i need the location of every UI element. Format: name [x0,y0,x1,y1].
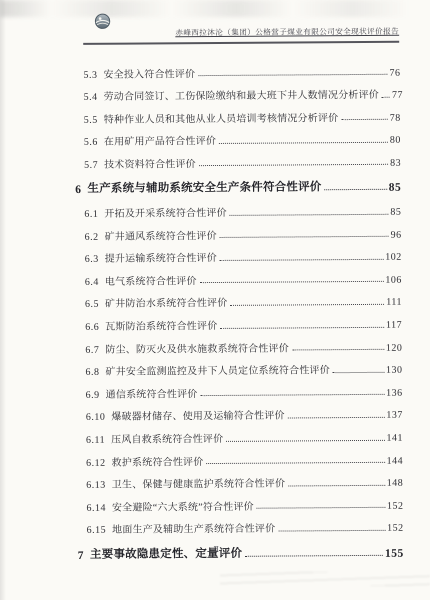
toc-entry-number: 6.6 [85,322,99,333]
toc-entry-5-3: 5.3 安全投入符合性评价 76 [83,56,400,81]
toc-leader-dots [219,142,388,144]
toc-entry-6: 6 生产系统与辅助系统安全生产条件符合性评价 85 [75,170,401,197]
toc-entry-title: 技术资料符合性评价 [104,155,196,171]
toc-entry-title: 生产系统与辅助系统安全生产条件符合性评价 [87,179,321,197]
toc-entry-number: 6.5 [85,299,99,310]
toc-leader-dots [198,74,387,76]
toc-entry-5-4: 5.4 劳动合同签订、工伤保险缴纳和最大班下井人数情况分析评价 77 [83,78,400,103]
toc-entry-number: 6.8 [85,367,99,378]
toc-entry-title: 安全投入符合性评价 [103,65,195,81]
toc-leader-dots [333,372,384,373]
toc-entry-title: 电气系统符合性评价 [105,272,197,288]
toc-entry-number: 5.5 [84,115,98,126]
toc-entry-title: 地面生产及辅助生产系统符合性评价 [112,520,275,536]
toc-entry-page: 80 [390,135,401,146]
toc-entry-number: 6.12 [86,457,106,468]
toc-entry-title: 矿井安全监测监控及井下人员定位系统符合性评价 [105,361,330,378]
toc-entry-number: 5.7 [84,160,98,171]
toc-entry-title: 压风自救系统符合性评价 [111,430,223,446]
toc-leader-dots [230,213,389,215]
toc-leader-dots [200,394,384,396]
toc-entry-6-13: 6.13 卫生、保健与健康监护系统符合性评价 148 [86,466,403,491]
toc-entry-page: 136 [386,388,403,399]
toc-leader-dots [257,507,385,509]
toc-entry-page: 85 [390,207,401,218]
toc-entry-6-7: 6.7 防尘、防灭火及供水施救系统符合性评价 120 [85,331,402,356]
toc-entry-number: 6.3 [85,254,99,265]
toc-entry-page: 141 [386,433,403,444]
toc-entry-number: 6.7 [85,344,99,355]
toc-entry-title: 劳动合同签订、工伤保险缴纳和最大班下井人数情况分析评价 [104,86,380,103]
toc-entry-page: 148 [387,478,404,489]
toc-entry-title: 矿井通风系统符合性评价 [104,227,216,243]
toc-entry-6-11: 6.11 压风自救系统符合性评价 141 [86,421,403,446]
toc-entry-title: 提升运输系统符合性评价 [105,249,217,265]
toc-entry-number: 6.1 [84,209,98,220]
page-header: 赤峰西拉沐沦（集团）公格营子煤业有限公司安全现状评价报告 [83,21,399,45]
toc-entry-6-2: 6.2 矿井通风系统符合性评价 96 [84,218,401,243]
toc-entry-title: 在用矿用产品符合性评价 [104,132,216,148]
toc-entry-title: 防尘、防灭火及供水施救系统符合性评价 [105,339,289,355]
toc-entry-page: 152 [387,500,404,511]
toc-leader-dots [199,164,388,166]
toc-entry-5-6: 5.6 在用矿用产品符合性评价 80 [84,123,401,148]
header-title: 赤峰西拉沐沦（集团）公格营子煤业有限公司安全现状评价报告 [175,27,399,38]
toc-entry-6-4: 6.4 电气系统符合性评价 106 [85,263,402,288]
toc-leader-dots [278,530,385,532]
toc-entry-6-1: 6.1 开拓及开采系统符合性评价 85 [84,195,401,220]
toc-entry-title: 瓦斯防治系统符合性评价 [105,317,217,333]
toc-leader-dots [230,304,384,306]
toc-entry-5-5: 5.5 特种作业人员和其他从业人员培训考核情况分析评价 78 [84,101,401,126]
toc-entry-title: 矿井防治水系统符合性评价 [105,294,228,310]
toc-entry-6-10: 6.10 爆破器材储存、使用及运输符合性评价 137 [86,399,403,424]
toc-entry-number: 5.4 [84,92,98,103]
page-content: 赤峰西拉沐沦（集团）公格营子煤业有限公司安全现状评价报告 5.3 安全投入符合性… [0,0,430,600]
toc-entry-title: 特种作业人员和其他从业人员培训考核情况分析评价 [104,109,339,126]
table-of-contents: 5.3 安全投入符合性评价 76 5.4 劳动合同签订、工伤保险缴纳和最大班下井… [83,56,404,563]
toc-entry-number: 6.11 [86,435,105,446]
toc-entry-6-3: 6.3 提升运输系统符合性评价 102 [85,240,402,265]
toc-entry-5-7: 5.7 技术资料符合性评价 83 [84,146,401,171]
toc-leader-dots [200,281,384,283]
toc-entry-number: 5.3 [83,69,97,80]
toc-entry-number: 6.10 [86,412,106,423]
toc-entry-number: 6.14 [86,503,106,514]
toc-entry-number: 6.13 [86,480,106,491]
toc-leader-dots [245,555,383,557]
toc-leader-dots [382,96,390,97]
toc-leader-dots [220,326,384,328]
toc-entry-page: 152 [387,523,404,534]
toc-leader-dots [292,349,384,351]
toc-entry-page: 76 [389,67,400,78]
folio-number: Ⅱ [213,545,220,554]
toc-entry-number: 6.9 [86,390,100,401]
toc-entry-number: 6.2 [85,231,99,242]
toc-leader-dots [324,189,386,190]
toc-entry-page: 102 [385,252,402,263]
toc-entry-title: 通信系统符合性评价 [106,385,198,401]
toc-entry-page: 85 [389,182,402,194]
toc-entry-page: 117 [386,320,402,331]
toc-entry-page: 77 [392,90,403,101]
toc-entry-page: 78 [390,112,401,123]
toc-entry-page: 83 [390,158,401,169]
toc-entry-page: 96 [391,229,402,240]
toc-entry-number: 5.6 [84,137,98,148]
toc-entry-page: 137 [386,410,403,421]
toc-leader-dots [220,259,383,261]
toc-leader-dots [288,417,385,419]
toc-entry-page: 111 [386,297,402,308]
toc-entry-title: 开拓及开采系统符合性评价 [104,204,227,220]
toc-entry-6-8: 6.8 矿井安全监测监控及井下人员定位系统符合性评价 130 [85,353,402,378]
toc-leader-dots [206,462,384,464]
toc-entry-6-6: 6.6 瓦斯防治系统符合性评价 117 [85,308,402,333]
toc-entry-page: 106 [385,275,402,286]
toc-entry-6-5: 6.5 矿井防治水系统符合性评价 111 [85,286,402,311]
toc-leader-dots [220,236,389,238]
toc-leader-dots [341,119,387,120]
toc-entry-6-14: 6.14 安全避险“六大系统”符合性评价 152 [86,489,403,514]
toc-entry-6-12: 6.12 救护系统符合性评价 144 [86,444,403,469]
scanned-page: 赤峰西拉沐沦（集团）公格营子煤业有限公司安全现状评价报告 5.3 安全投入符合性… [0,0,430,600]
toc-entry-number: 6.4 [85,277,99,288]
toc-entry-number: 6 [75,184,81,196]
toc-entry-page: 120 [386,342,403,353]
toc-entry-6-9: 6.9 通信系统符合性评价 136 [86,376,403,401]
toc-entry-page: 130 [386,365,403,376]
toc-entry-number: 6.15 [87,525,107,536]
toc-entry-title: 救护系统符合性评价 [112,453,204,469]
toc-entry-title: 爆破器材储存、使用及运输符合性评价 [111,407,285,423]
toc-entry-title: 卫生、保健与健康监护系统符合性评价 [112,475,286,491]
toc-entry-6-15: 6.15 地面生产及辅助生产系统符合性评价 152 [86,511,403,536]
toc-entry-title: 安全避险“六大系统”符合性评价 [112,498,254,514]
toc-leader-dots [226,439,384,441]
toc-leader-dots [288,485,385,487]
toc-entry-page: 144 [387,455,404,466]
